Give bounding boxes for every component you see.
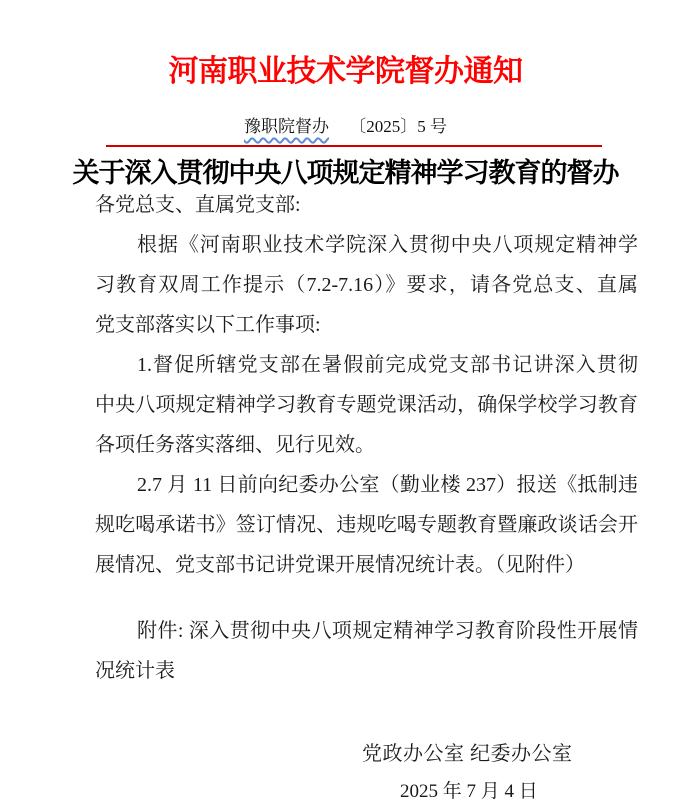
body-line: 各项任务落实落细、见行见效。 — [95, 425, 638, 465]
body-line: 规吃喝承诺书》签订情况、违规吃喝专题教育暨廉政谈话会开 — [95, 505, 638, 545]
doc-number-issuer: 豫职院督办 — [244, 117, 329, 136]
body-line: 习教育双周工作提示（7.2-7.16）》要求，请各党总支、直属 — [95, 265, 638, 305]
doc-number: 豫职院督办 〔2025〕5 号 — [0, 112, 691, 137]
red-divider-rule — [106, 145, 602, 147]
signature-offices: 党政办公室 纪委办公室 — [362, 737, 573, 766]
body-line: 中央八项规定精神学习教育专题党课活动，确保学校学习教育 — [95, 385, 638, 425]
body-line: 2.7 月 11 日前向纪委办公室（勤业楼 237）报送《抵制违 — [95, 465, 638, 505]
issue-date: 2025 年 7 月 4 日 — [400, 776, 538, 803]
attachment-line: 附件: 深入贯彻中央八项规定精神学习教育阶段性开展情 — [95, 611, 638, 651]
body-line: 各党总支、直属党支部: — [95, 185, 638, 225]
attachment-line: 况统计表 — [95, 651, 638, 691]
body-line: 1.督促所辖党支部在暑假前完成党支部书记讲深入贯彻 — [95, 345, 638, 385]
doc-number-id: 〔2025〕5 号 — [349, 117, 447, 136]
notice-body: 各党总支、直属党支部: 根据《河南职业技术学院深入贯彻中央八项规定精神学 习教育… — [95, 185, 638, 691]
notice-title: 河南职业技术学院督办通知 — [0, 46, 691, 90]
body-line: 根据《河南职业技术学院深入贯彻中央八项规定精神学 — [95, 225, 638, 265]
body-line: 展情况、党支部书记讲党课开展情况统计表。（见附件） — [95, 545, 638, 585]
notice-document: 河南职业技术学院督办通知 豫职院督办 〔2025〕5 号 关于深入贯彻中央八项规… — [0, 0, 691, 805]
body-line: 党支部落实以下工作事项: — [95, 305, 638, 345]
